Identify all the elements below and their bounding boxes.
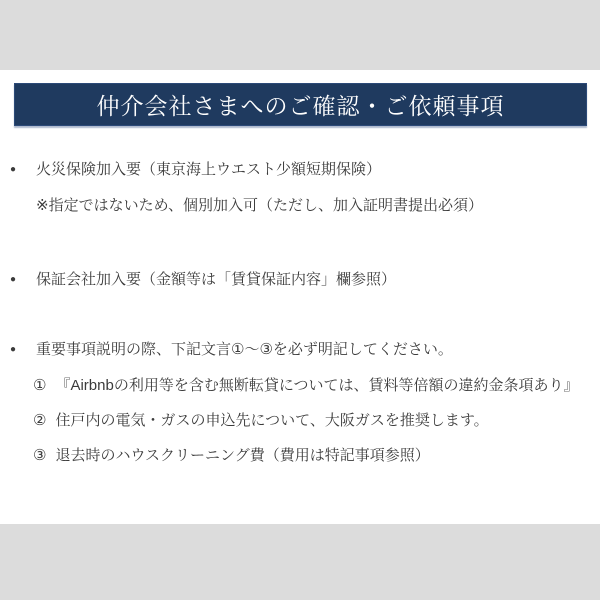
note-text: ※指定ではないため、個別加入可（ただし、加入証明書提出必須） [36, 196, 483, 216]
slide-surface: 仲介会社さまへのご確認・ご依頼事項 ● 火災保険加入要（東京海上ウエスト少額短期… [0, 70, 600, 524]
circled-number: ③ [33, 446, 46, 466]
list-item: ● 重要事項説明の際、下記文言①～③を必ず明記してください。 [10, 340, 453, 360]
list-item-text: 火災保険加入要（東京海上ウエスト少額短期保険） [36, 160, 381, 180]
list-item-note: ※指定ではないため、個別加入可（ただし、加入証明書提出必須） [36, 196, 483, 216]
numbered-sub-item: ③ 退去時のハウスクリーニング費（費用は特記事項参照） [33, 446, 430, 466]
list-item: ● 保証会社加入要（金額等は「賃貸保証内容」欄参照） [10, 270, 396, 290]
page-title: 仲介会社さまへのご確認・ご依頼事項 [97, 88, 505, 121]
numbered-sub-item: ① 『Airbnbの利用等を含む無断転貸については、賃料等倍額の違約金条項あり』 [33, 376, 579, 396]
bullet-icon: ● [10, 160, 36, 180]
list-item: ● 火災保険加入要（東京海上ウエスト少額短期保険） [10, 160, 381, 180]
circled-number: ① [33, 376, 46, 396]
sub-item-text: 『Airbnbの利用等を含む無断転貸については、賃料等倍額の違約金条項あり』 [55, 376, 578, 396]
sub-item-text: 住戸内の電気・ガスの申込先について、大阪ガスを推奨します。 [55, 411, 488, 431]
list-item-text: 保証会社加入要（金額等は「賃貸保証内容」欄参照） [36, 270, 396, 290]
list-item-text: 重要事項説明の際、下記文言①～③を必ず明記してください。 [36, 340, 453, 360]
slide-title-banner: 仲介会社さまへのご確認・ご依頼事項 [14, 83, 587, 126]
sub-item-text: 退去時のハウスクリーニング費（費用は特記事項参照） [55, 446, 429, 466]
bullet-icon: ● [10, 340, 36, 360]
circled-number: ② [33, 411, 46, 431]
bullet-icon: ● [10, 270, 36, 290]
numbered-sub-item: ② 住戸内の電気・ガスの申込先について、大阪ガスを推奨します。 [33, 411, 489, 431]
